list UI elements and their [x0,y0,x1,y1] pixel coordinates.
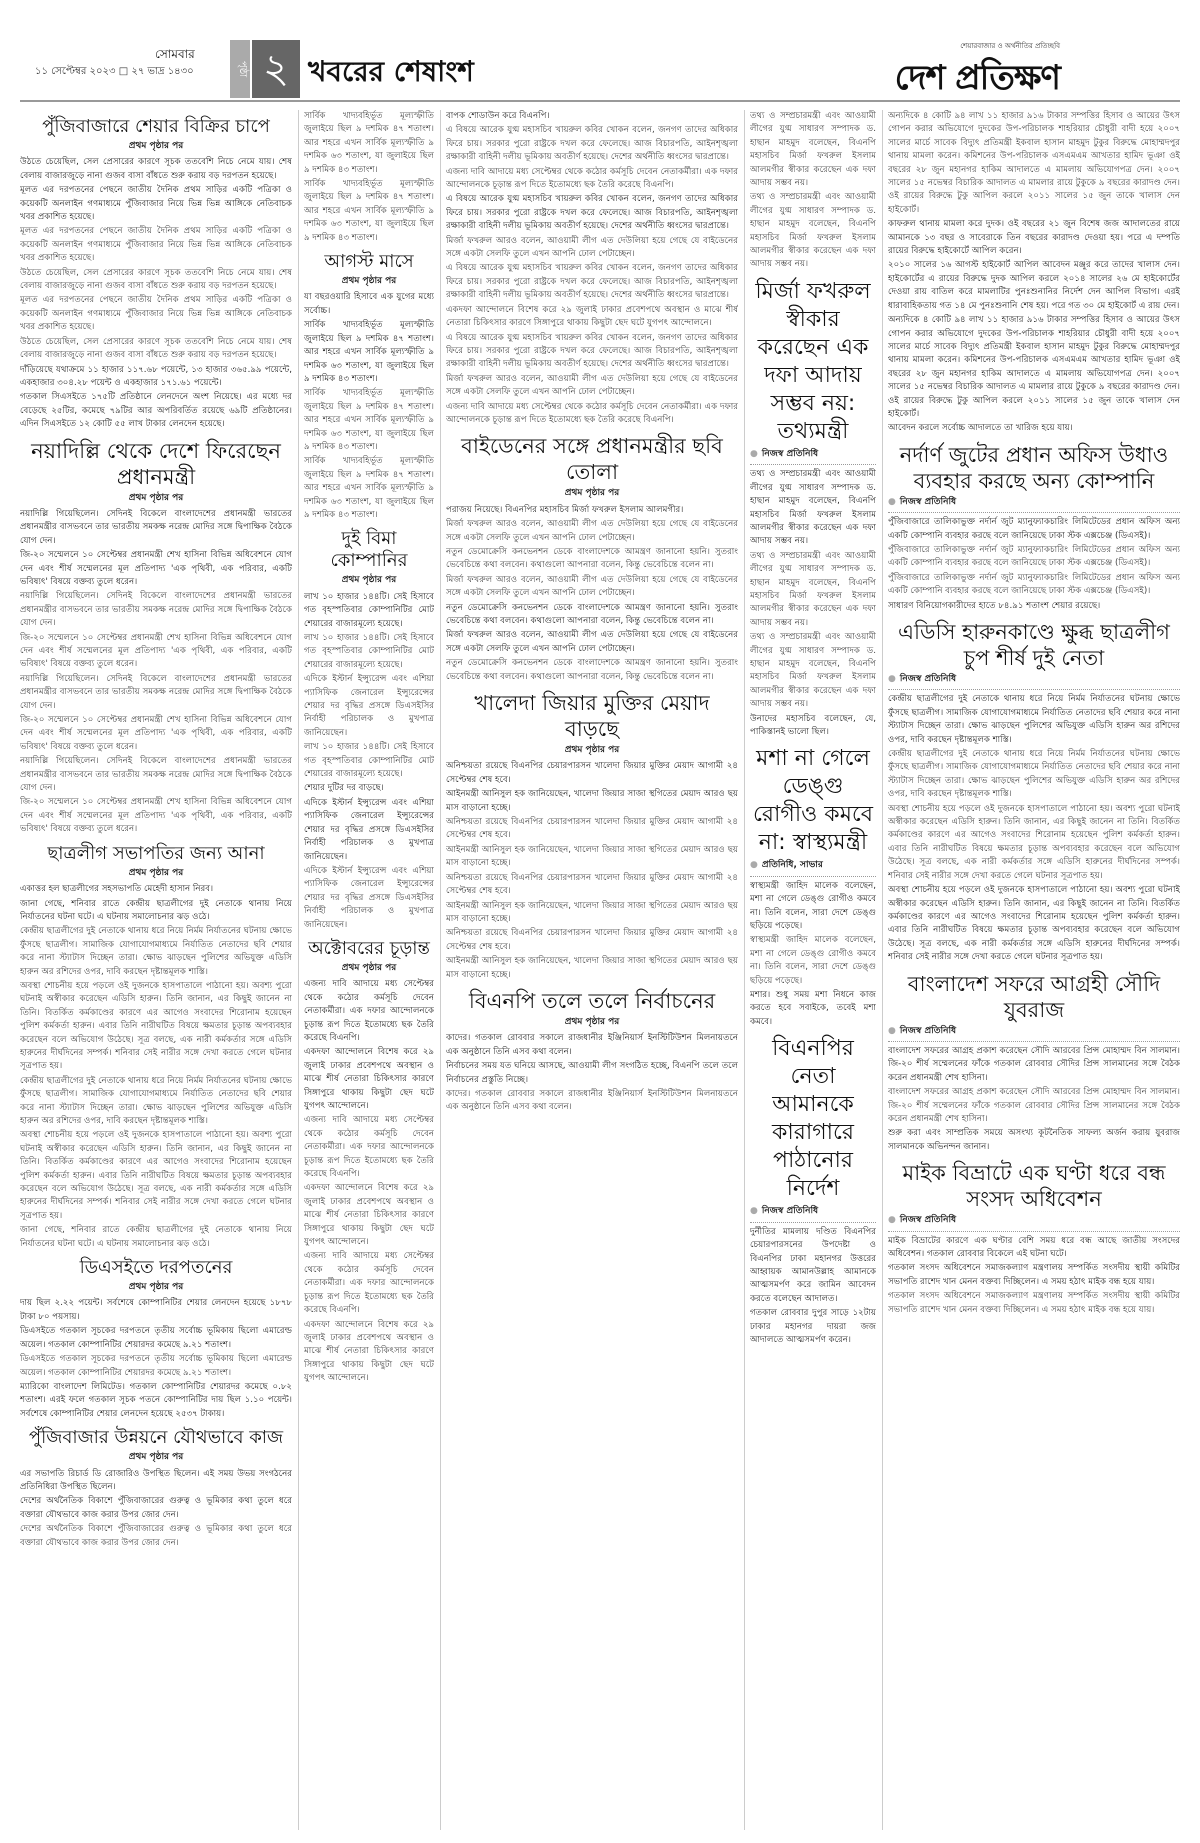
headline-mic-failure[interactable]: মাইক বিভ্রাটে এক ঘণ্টা ধরে বন্ধ সংসদ অধি… [888,1160,1180,1212]
headline-share-sell[interactable]: পুঁজিবাজারে শেয়ার বিক্রির চাপে [20,116,292,138]
headline-khaleda-release[interactable]: খালেদা জিয়ার মুক্তির মেয়াদ বাড়ছে [446,690,738,742]
article-court-case: অন্যদিকে ৪ কোটি ৯৪ লাখ ১১ হাজার ৯১৬ টাকা… [888,110,1180,436]
headline-capital-market-joint[interactable]: পুঁজিবাজার উন্নয়নে যৌথভাবে কাজ [20,1427,292,1449]
headline-two-insurance[interactable]: দুই বিমা কোম্পানির [304,528,434,572]
column-1: পুঁজিবাজারে শেয়ার বিক্রির চাপে প্রথম পৃ… [20,110,292,1830]
article-pm-return: নয়াদিল্লি গিয়েছিলেন। সেদিনই বিকেলে বাং… [20,508,292,837]
headline-adc-harun[interactable]: এডিসি হারুনকাণ্ডে ক্ষুব্ধ ছাত্রলীগ চুপ শ… [888,619,1180,671]
byline: নিজস্ব প্রতিনিধি [888,1025,1180,1042]
article-dengue: স্বাস্থ্যমন্ত্রী জাহিদ মালেক বলেছেন, মশা… [750,880,876,1029]
article-dse-fall: দায় ছিল ২.২২ পয়েন্ট। সর্বশেষে কোম্পানি… [20,1297,292,1421]
masthead: সোমবার ১১ সেপ্টেম্বর ২০২৩ □ ২৭ ভাদ্র ১৪৩… [20,40,1180,102]
column-3: বাপক শোডাউন করে বিএনপি। এ বিষয়ে আরেক যু… [446,110,738,1830]
page-number: ২ [252,40,300,98]
logo-tagline: শেয়ারবাজার ও অর্থনীতির প্রতিচ্ছবি [895,40,1060,52]
headline-biden-photo[interactable]: বাইডেনের সঙ্গে প্রধানমন্ত্রীর ছবি তোলা [446,433,738,485]
headline-mirza-admits[interactable]: মির্জা ফখরুল স্বীকার করেছেন এক দফা আদায়… [750,278,876,446]
headline-bnp-leader-jail[interactable]: বিএনপির নেতা আমানকে কারাগারে পাঠানোর নির… [750,1035,876,1203]
headline-nardarn-jute[interactable]: নর্দার্ণ জুটের প্রধান অফিস উধাও ব্যবহার … [888,442,1180,494]
article-nardarn-jute: পুঁজিবাজারে তালিকাভুক্ত নর্দার্ন জুট ম্য… [888,516,1180,613]
byline: নিজস্ব প্রতিনিধি [888,1214,1180,1231]
byline: নিজস্ব প্রতিনিধি [750,1205,876,1222]
headline-chhatraleague[interactable]: ছাত্রলীগ সভাপতির জন্য আনা [20,843,292,865]
date-label: ১১ সেপ্টেম্বর ২০২৩ □ ২৭ ভাদ্র ১৪৩০ [35,64,194,81]
section-title: খবরের শেষাংশ [308,50,474,97]
column-5: অন্যদিকে ৪ কোটি ৯৪ লাখ ১১ হাজার ৯১৬ টাকা… [888,110,1180,1830]
headline-october-final[interactable]: অক্টোবরের চূড়ান্ত [304,938,434,960]
article-august-month: যা বছরওয়ারি হিসাবে এক যুগের মধ্যে সর্বো… [304,291,434,522]
continued-label: প্রথম পৃষ্ঠার পর [20,140,292,153]
byline: নিজস্ব প্রতিনিধি [750,448,876,465]
article-two-insurance: লাখ ১০ হাজার ১৪৪টি। সেই হিসাবে গত বৃহস্প… [304,591,434,932]
article-khaleda-release: অনিশ্চয়তা রয়েছে বিএনপির চেয়ারপারসন খা… [446,760,738,982]
article-saudi-prince: বাংলাদেশ সফরের আগ্রহ প্রকাশ করেছেন সৌদি … [888,1045,1180,1154]
byline: নিজস্ব প্রতিনিধি [888,496,1180,513]
article-bnp-continued: বাপক শোডাউন করে বিএনপি। এ বিষয়ে আরেক যু… [446,110,738,427]
article-chhatraleague: একাত্তর হল ছাত্রলীগের সহসভাপতি মেহেদী হা… [20,883,292,1251]
column-2: সার্বিক খাদ্যবহির্ভূত মূল্যস্ফীতি জুলাইয… [304,110,434,1830]
page-tab: পৃষ্ঠা [230,40,250,98]
byline: নিজস্ব প্রতিনিধি [888,673,1180,690]
byline: প্রতিনিধি, সাভার [750,859,876,876]
article-mirza-admits: তথ্য ও সম্প্রচারমন্ত্রী এবং আওয়ামী লীগে… [750,468,876,739]
headline-pm-return[interactable]: নয়াদিল্লি থেকে দেশে ফিরেছেন প্রধানমন্ত্… [20,438,292,490]
article-biden-photo: পরাজয় নিয়েছে। বিএনপির মহাসচিব মির্জা ফ… [446,504,738,684]
newspaper-page: সোমবার ১১ সেপ্টেম্বর ২০২৩ □ ২৭ ভাদ্র ১৪৩… [20,40,1180,1830]
article-october-final: এজন্য দাবি আদায়ে মধ্য সেপ্টেম্বর থেকে ক… [304,978,434,1385]
article-bnp-leader-jail: দুর্নীতির মামলায় দণ্ডিত বিএনপির চেয়ারপ… [750,1226,876,1348]
logo: শেয়ারবাজার ও অর্থনীতির প্রতিচ্ছবি দেশ প… [895,40,1060,109]
article-share-sell: উঠতে চেয়েছিল, সেল প্রেসারের কারণে সূচক … [20,156,292,431]
logo-text: দেশ প্রতিক্ষণ [895,52,1060,109]
headline-bnp-underground[interactable]: বিএনপি তলে তলে নির্বাচনের [446,988,738,1014]
day-label: সোমবার [155,46,195,66]
article-capital-market-joint: এর সভাপতি রিচার্ড ডি রোজারিও উপস্থিত ছিল… [20,1468,292,1550]
headline-dengue[interactable]: মশা না গেলে ডেঙ্গু রোগীও কমবে না: স্বাস্… [750,745,876,857]
headline-saudi-prince[interactable]: বাংলাদেশ সফরে আগ্রহী সৌদি যুবরাজ [888,971,1180,1023]
columns: পুঁজিবাজারে শেয়ার বিক্রির চাপে প্রথম পৃ… [20,110,1180,1830]
headline-dse-fall[interactable]: ডিএসইতে দরপতনের [20,1257,292,1279]
article-bnp-underground: কাদের। গতকাল রোববার সকালে রাজধানীর ইঞ্জি… [446,1032,738,1114]
headline-august-month[interactable]: আগস্ট মাসে [304,251,434,273]
article-mic-failure: মাইক বিভ্রাটের কারণে এক ঘণ্টার বেশি সময়… [888,1235,1180,1317]
article-adc-harun: কেন্দ্রীয় ছাত্রলীগের দুই নেতাকে থানায় … [888,693,1180,964]
column-4: তথ্য ও সম্প্রচারমন্ত্রী এবং আওয়ামী লীগে… [750,110,876,1830]
